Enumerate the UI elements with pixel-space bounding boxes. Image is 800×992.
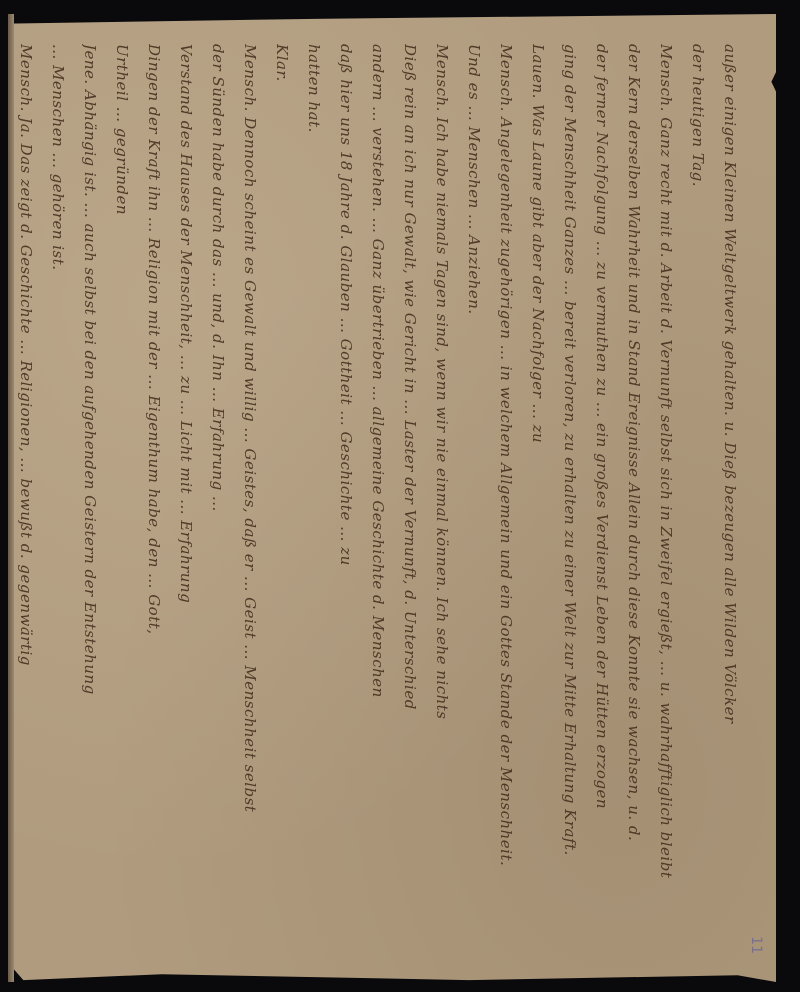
manuscript-line: Mensch. Dennoch scheint es Gewalt und wi…: [234, 44, 266, 952]
manuscript-line: ging der Menschheit Ganzes ... bereit ve…: [554, 44, 586, 952]
manuscript-line: Klar.: [266, 44, 298, 952]
manuscript-line: ... Menschen ... gehören ist.: [42, 44, 74, 952]
manuscript-line: Urtheil ... gegründen: [106, 44, 138, 952]
manuscript-page: 11 außer einigen Kleinen Weltgeltwerk ge…: [8, 14, 776, 982]
manuscript-line: Jene. Abhängig ist. ... auch selbst bei …: [74, 44, 106, 952]
manuscript-line: Dieß rein an ich nur Gewalt, wie Gericht…: [394, 44, 426, 952]
manuscript-line: der heutigen Tag.: [682, 44, 714, 952]
manuscript-line: außer einigen Kleinen Weltgeltwerk gehal…: [714, 44, 746, 952]
manuscript-line: Und es ... Menschen ... Anziehen.: [458, 44, 490, 952]
manuscript-line: daß hier uns 18 Jahre d. Glauben ... Got…: [330, 44, 362, 952]
manuscript-line: Mensch. Angelegenheit zugehörigen ... in…: [490, 44, 522, 952]
manuscript-line: der Sünden habe durch das ... und, d. Ih…: [202, 44, 234, 952]
binding-edge: [8, 14, 14, 982]
rotated-text-block: 11 außer einigen Kleinen Weltgeltwerk ge…: [8, 14, 776, 982]
manuscript-lines: außer einigen Kleinen Weltgeltwerk gehal…: [28, 44, 746, 952]
manuscript-line: Mensch. Ganz recht mit d. Arbeit d. Vern…: [650, 44, 682, 952]
manuscript-line: hatten hat.: [298, 44, 330, 952]
manuscript-line: der ferner Nachfolgung ... zu vermuthen …: [586, 44, 618, 952]
manuscript-line: der Kern derselben Wahrheit und in Stand…: [618, 44, 650, 952]
manuscript-line: Lauen. Was Laune gibt aber der Nachfolge…: [522, 44, 554, 952]
manuscript-line: Mensch. Ja. Das zeigt d. Geschichte ... …: [10, 44, 42, 952]
manuscript-line: Mensch. Ich habe niemals Tagen sind, wen…: [426, 44, 458, 952]
folio-number: 11: [748, 936, 764, 954]
manuscript-line: Verstand des Hauses der Menschheit, ... …: [170, 44, 202, 952]
manuscript-line: Dingen der Kraft ihn ... Religion mit de…: [138, 44, 170, 952]
manuscript-line: andern ... verstehen. ... Ganz übertrieb…: [362, 44, 394, 952]
